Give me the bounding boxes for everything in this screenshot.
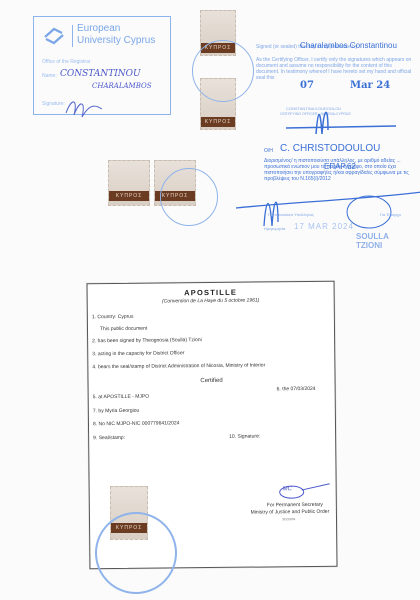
cert-month-year: Mar 24 bbox=[350, 80, 390, 91]
official-seal bbox=[192, 40, 254, 102]
district-officer-name: C. CHRISTODOULOU bbox=[280, 143, 380, 154]
district-signature-label: Πιστοποιούσα Υπάλληλος bbox=[268, 212, 314, 217]
apostille-item-4: 4. bears the seal/stamp of District Admi… bbox=[92, 362, 265, 370]
certified-label: Certified bbox=[89, 377, 335, 386]
license-number: ΕΠΑΡ.62 bbox=[324, 162, 356, 171]
apostille-item-1: 1. Country: Cyprus bbox=[92, 314, 134, 320]
for-district-officer-label: Για Έπαρχο bbox=[380, 212, 401, 217]
registrar-stamp: European University Cyprus Office of the… bbox=[33, 16, 171, 115]
certification-block: Signed (or sealed) this day in my presen… bbox=[256, 44, 414, 81]
certifier-signature-icon bbox=[256, 100, 406, 136]
name-value-line2: CHARALAMBOS bbox=[92, 82, 152, 90]
reference-number: 39333659 bbox=[282, 517, 295, 521]
for-permanent-secretary: For Permanent Secretary bbox=[250, 502, 340, 509]
apostille-subtitle: (Convention de La Haye du 5 octobre 1961… bbox=[88, 297, 334, 306]
district-seal bbox=[160, 168, 218, 226]
signature-initials: MC bbox=[283, 486, 292, 492]
revenue-stamp: ΚΥΠΡΟΣ bbox=[108, 160, 150, 206]
signature-label: Signature: bbox=[42, 101, 65, 107]
date-value: 17 MAR 2024 bbox=[294, 222, 354, 231]
euc-logo-icon bbox=[42, 25, 66, 47]
registrar-signature-icon bbox=[64, 95, 104, 121]
institution-line1: European bbox=[77, 23, 120, 34]
date-label: Ημερομηνία bbox=[264, 226, 285, 231]
apostille-item-5: 5. at APOSTILLE - MJPO bbox=[93, 394, 149, 401]
apostille-item-3: 3. acting in the capacity for District O… bbox=[92, 350, 184, 357]
name-stamp: SOULLA TZIONI bbox=[356, 232, 412, 250]
apostille-item-8: 8. No NIC MJPO-NIC 000779641/2024 bbox=[93, 420, 179, 427]
name-value-line1: CONSTANTINOU bbox=[60, 69, 141, 79]
district-prefix: Ο/Η bbox=[264, 148, 273, 154]
certification-text: As the Certifying Officer, I certify onl… bbox=[256, 57, 414, 81]
public-document-label: This public document bbox=[100, 326, 147, 332]
apostille-item-6: 6. the 07/03/2024 bbox=[277, 386, 316, 392]
office-label: Office of the Registrar bbox=[42, 59, 91, 65]
ministry-label: Ministry of Justice and Public Order bbox=[230, 509, 350, 516]
apostille-item-2: 2. has been signed by Theognosia (Soulla… bbox=[92, 337, 202, 344]
logo-divider bbox=[72, 25, 73, 47]
ministry-seal bbox=[95, 512, 177, 594]
apostille-item-10: 10. Signature: bbox=[229, 433, 260, 439]
name-label: Name: bbox=[42, 73, 57, 79]
cert-day: 07 bbox=[300, 80, 314, 91]
signer-name: Charalambos Constantinou bbox=[300, 41, 397, 50]
apostille-item-9: 9. Seal/stamp: bbox=[93, 435, 125, 441]
institution-line2: University Cyprus bbox=[77, 35, 155, 46]
apostille-item-7: 7. by Myria Georgiou bbox=[93, 408, 139, 414]
